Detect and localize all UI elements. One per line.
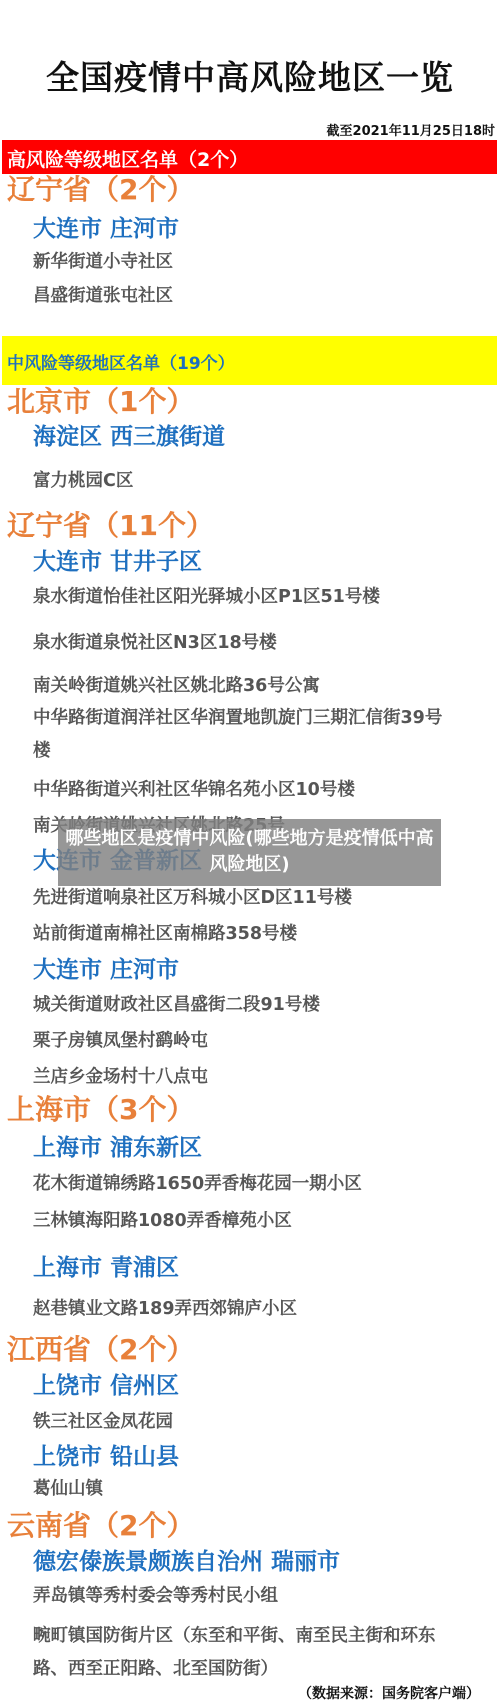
address-item: 先进街道响泉社区万科城小区D区11号楼 — [33, 887, 352, 909]
address-item: 三林镇海阳路1080弄香樟苑小区 — [33, 1210, 292, 1232]
address-item: 南关岭街道姚兴社区姚北路36号公寓 — [33, 675, 320, 697]
address-item: 泉水街道泉悦社区N3区18号楼 — [33, 632, 277, 654]
city-heading: 德宏傣族景颇族自治州 瑞丽市 — [33, 1548, 340, 1576]
address-item: 城关街道财政社区昌盛街二段91号楼 — [33, 994, 320, 1016]
address-item: 铁三社区金凤花园 — [33, 1411, 173, 1433]
province-heading: 上海市（3个） — [7, 1094, 194, 1126]
address-item: 中华路街道润洋社区华润置地凯旋门三期汇信街39号楼 — [33, 702, 458, 768]
address-item: 新华街道小寺社区 — [33, 251, 173, 273]
city-heading: 上饶市 铅山县 — [33, 1443, 179, 1471]
address-item: 富力桃园C区 — [33, 470, 133, 492]
address-item: 中华路街道兴利社区华锦名苑小区10号楼 — [33, 779, 355, 801]
address-item: 泉水街道怡佳社区阳光驿城小区P1区51号楼 — [33, 586, 380, 608]
city-heading: 大连市 庄河市 — [33, 215, 179, 243]
page-title: 全国疫情中高风险地区一览 — [0, 52, 500, 99]
address-item: 站前街道南棉社区南棉路358号楼 — [33, 923, 297, 945]
province-heading: 江西省（2个） — [7, 1334, 194, 1366]
high-risk-header-bar: 高风险等级地区名单（2个） — [2, 140, 497, 174]
address-item: 花木街道锦绣路1650弄香梅花园一期小区 — [33, 1173, 362, 1195]
address-item: 昌盛街道张屯社区 — [33, 285, 173, 307]
city-heading: 海淀区 西三旗街道 — [33, 423, 225, 451]
medium-risk-header-bar: 中风险等级地区名单（19个） — [2, 336, 497, 385]
province-heading: 云南省（2个） — [7, 1510, 194, 1542]
province-heading: 北京市（1个） — [7, 386, 194, 418]
address-item: 畹町镇国防街片区（东至和平街、南至民主街和环东路、西至正阳路、北至国防街） — [33, 1620, 458, 1686]
overlay-caption-text: 哪些地区是疫情中风险(哪些地方是疫情低中高风险地区) — [58, 826, 441, 878]
city-heading: 大连市 甘井子区 — [33, 548, 202, 576]
province-heading: 辽宁省（11个） — [7, 510, 214, 542]
as-of-timestamp: 截至2021年11月25日18时 — [327, 120, 495, 139]
overlay-caption: 哪些地区是疫情中风险(哪些地方是疫情低中高风险地区) — [58, 819, 441, 886]
high-risk-header-label: 高风险等级地区名单（2个） — [7, 145, 248, 172]
province-heading: 辽宁省（2个） — [7, 174, 194, 206]
address-item: 葛仙山镇 — [33, 1478, 103, 1500]
city-heading: 上海市 青浦区 — [33, 1254, 179, 1282]
city-heading: 上海市 浦东新区 — [33, 1134, 202, 1162]
medium-risk-header-label: 中风险等级地区名单（19个） — [7, 349, 235, 374]
data-source-note: （数据来源：国务院客户端） — [298, 1683, 480, 1703]
address-item: 栗子房镇凤堡村鹞岭屯 — [33, 1030, 208, 1052]
city-heading: 上饶市 信州区 — [33, 1372, 179, 1400]
address-item: 赵巷镇业文路189弄西郊锦庐小区 — [33, 1298, 297, 1320]
address-item: 弄岛镇等秀村委会等秀村民小组 — [33, 1585, 278, 1607]
city-heading: 大连市 庄河市 — [33, 956, 179, 984]
address-item: 兰店乡金场村十八点屯 — [33, 1066, 208, 1088]
